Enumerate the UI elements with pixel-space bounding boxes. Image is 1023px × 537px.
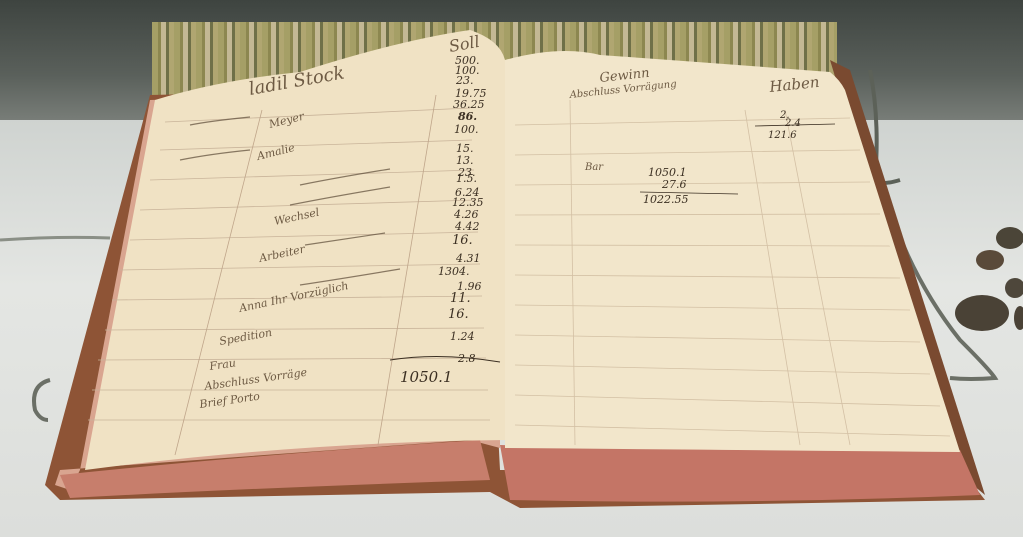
svg-text:Bar: Bar [584,162,604,173]
svg-text:1050.1: 1050.1 [400,368,453,386]
svg-text:121.6: 121.6 [768,130,797,141]
svg-text:2.4: 2.4 [784,118,801,129]
svg-text:86.: 86. [458,110,477,123]
svg-text:1.24: 1.24 [450,330,475,343]
svg-text:1304.: 1304. [438,265,470,278]
svg-text:4.31: 4.31 [455,252,481,265]
svg-text:23.: 23. [455,74,474,87]
svg-text:100.: 100. [454,123,479,136]
svg-text:11.: 11. [450,291,471,306]
svg-text:16.: 16. [452,233,473,248]
ledger-illustration: ladil Stock Soll 500. 100. 23. 19.75 36.… [0,0,1023,537]
svg-text:16.: 16. [448,307,469,322]
svg-text:4.42: 4.42 [454,220,480,233]
svg-text:1.5.: 1.5. [456,172,477,185]
svg-text:27.6: 27.6 [661,178,687,191]
svg-text:1022.55: 1022.55 [643,193,689,206]
